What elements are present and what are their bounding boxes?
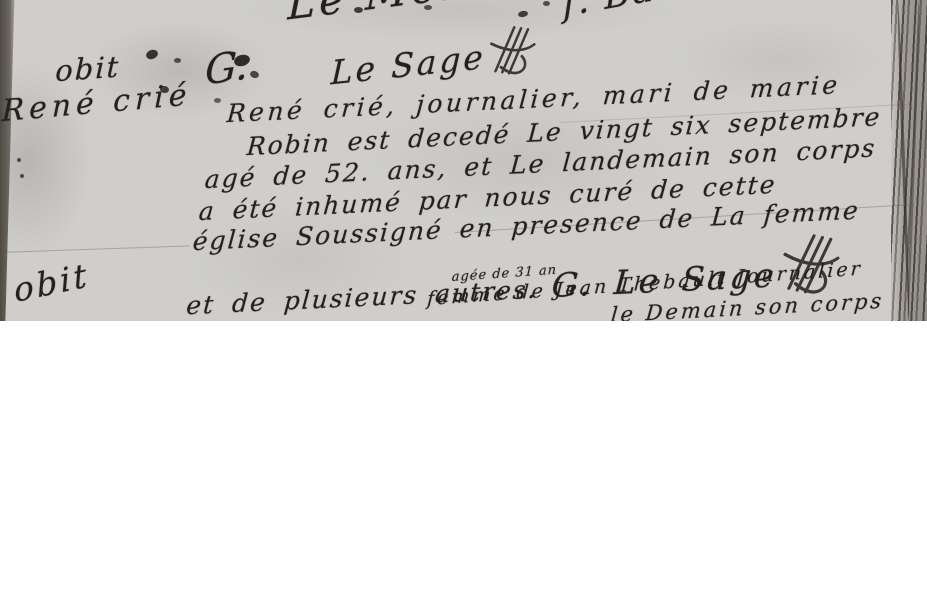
ink-blot bbox=[214, 98, 221, 103]
margin-note-obit-next: obit bbox=[12, 255, 91, 310]
binding-crease bbox=[906, 0, 920, 321]
ink-blot bbox=[20, 174, 24, 178]
ink-blot bbox=[249, 70, 260, 80]
page-binding-edge bbox=[891, 0, 927, 321]
paraph-flourish-icon bbox=[483, 18, 537, 82]
ink-blot bbox=[518, 10, 529, 18]
heading-fragment-left: Le Mois bbox=[287, 0, 484, 29]
page: Le Mois ſ. Baouſ. ſ obit G. Le Sage René… bbox=[0, 0, 927, 600]
ink-blot bbox=[543, 1, 550, 6]
ink-blot bbox=[174, 58, 181, 63]
heading-fragment-right: ſ. Baouſ. ſ bbox=[562, 0, 761, 25]
scratch-line bbox=[0, 245, 190, 253]
margin-name: René crié bbox=[1, 77, 191, 129]
ink-blot bbox=[145, 48, 159, 61]
signature-text: Le Sage bbox=[330, 37, 486, 93]
ink-blot bbox=[17, 158, 21, 162]
signature-initial: G. bbox=[204, 42, 248, 95]
manuscript-scan: Le Mois ſ. Baouſ. ſ obit G. Le Sage René… bbox=[0, 0, 927, 321]
margin-note-obit: obit bbox=[55, 49, 121, 88]
